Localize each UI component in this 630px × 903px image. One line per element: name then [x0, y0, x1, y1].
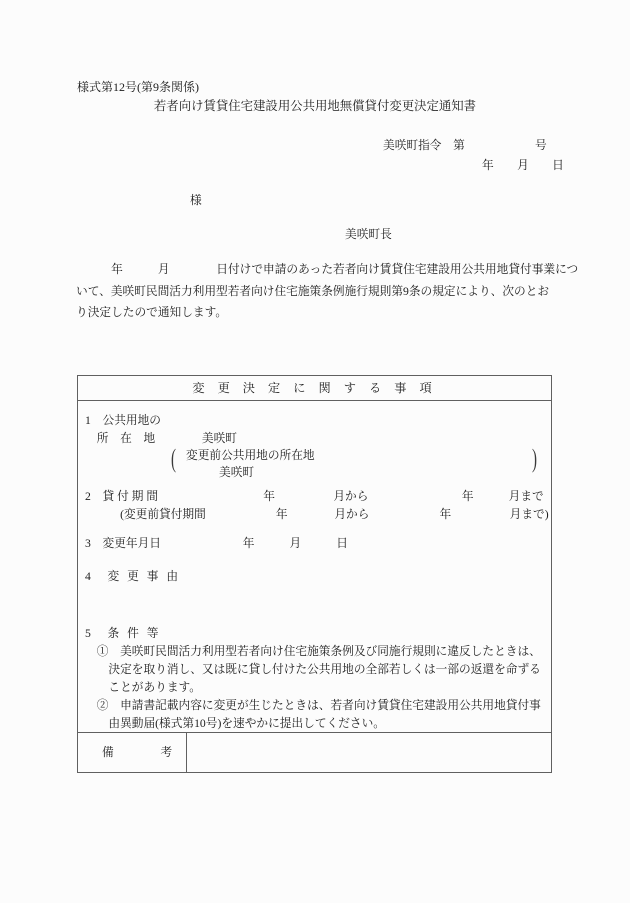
open-paren-glyph: ( [171, 444, 176, 476]
form-number: 様式第12号(第9条関係) [77, 79, 199, 95]
item5-condition1-line3: ことがあります。 [85, 680, 201, 696]
addressee-honorific: 様 [190, 193, 202, 209]
document-title: 若者向け賃貸住宅建設用公共用地無償貸付変更決定通知書 [0, 98, 630, 114]
item5-condition1-line1: ① 美咲町民間活力利用型若者向け住宅施策条例及び同施行規則に違反したときは、 [85, 644, 541, 660]
body-paragraph-line-2: いて、美咲町民間活力利用型若者向け住宅施策条例施行規則第9条の規定により、次のと… [76, 284, 549, 300]
table-header-title: 変 更 決 定 に 関 す る 事 項 [78, 376, 551, 401]
item4-change-reason-line: 4 変 更 事 由 [85, 569, 181, 585]
item5-condition2-line2: 由異動届(様式第10号)を速やかに提出してください。 [85, 716, 385, 732]
remark-label-cell: 備 考 [78, 733, 187, 772]
issuer-line: 美咲町長 [345, 227, 392, 243]
remark-label: 備 考 [102, 744, 172, 760]
remark-row: 備 考 [78, 732, 551, 772]
item5-conditions-label: 5 条 件 等 [85, 626, 161, 642]
document-page: 様式第12号(第9条関係) 若者向け賃貸住宅建設用公共用地無償貸付変更決定通知書… [0, 0, 630, 903]
item5-condition1-line2: 決定を取り消し、又は既に貸し付けた公共用地の全部若しくは一部の返還を命ずる [85, 662, 541, 678]
directive-number-line: 美咲町指令 第 号 [383, 138, 547, 154]
item1-previous-location-label: 変更前公共用地の所在地 [186, 448, 315, 464]
body-paragraph-line-3: り決定したので通知します。 [76, 305, 227, 321]
change-decision-table: 変 更 決 定 に 関 す る 事 項 1 公共用地の 所 在 地 美咲町 ( … [77, 375, 552, 773]
item5-condition2-line1: ② 申請書記載内容に変更が生じたときは、若者向け賃貸住宅建設用公共用地貸付事 [85, 698, 541, 714]
item2-lease-period-line1: 2 貸 付 期 間 年 月から 年 月まで [85, 489, 544, 505]
item1-previous-location-value: 美咲町 [219, 465, 254, 481]
item3-change-date-line: 3 変更年月日 年 月 日 [85, 536, 348, 552]
item1-public-land-line1: 1 公共用地の [85, 413, 161, 429]
date-line: 年 月 日 [482, 158, 564, 174]
item2-lease-period-line2: (変更前貸付期間 年 月から 年 月まで) [85, 507, 549, 523]
close-paren-glyph: ) [532, 444, 537, 476]
body-paragraph-line-1: 年 月 日付けで申請のあった若者向け賃貸住宅建設用公共用地貸付事業につ [76, 262, 578, 278]
item1-public-land-line2: 所 在 地 美咲町 [85, 431, 237, 447]
